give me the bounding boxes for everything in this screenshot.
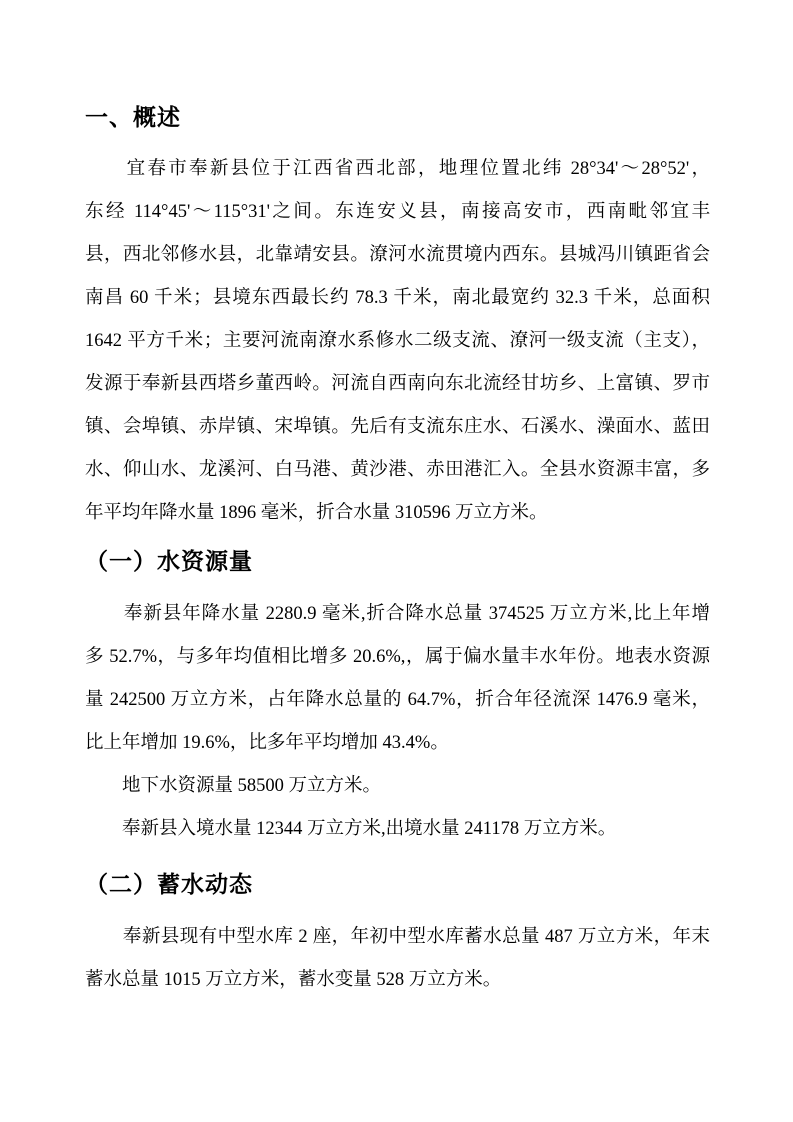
- text-line: 奉新县入境水量 12344 万立方米,出境水量 241178 万立方米。: [85, 808, 710, 851]
- paragraph-reservoir-storage: 奉新县现有中型水库 2 座，年初中型水库蓄水总量 487 万立方米，年末蓄水总量…: [85, 916, 710, 1002]
- text-line: 多 52.7%，与多年均值相比增多 20.6%,，属于偏水量丰水年份。地表水资源: [85, 636, 710, 679]
- text-line: 比上年增加 19.6%，比多年平均增加 43.4%。: [85, 722, 710, 765]
- text-line: 量 242500 万立方米，占年降水总量的 64.7%，折合年径流深 1476.…: [85, 679, 710, 722]
- text-line: 东经 114°45'～115°31'之间。东连安义县，南接高安市，西南毗邻宜丰: [85, 191, 710, 234]
- heading-overview: 一、概述: [85, 100, 710, 134]
- paragraph-precipitation-stats: 奉新县年降水量 2280.9 毫米,折合降水总量 374525 万立方米,比上年…: [85, 593, 710, 765]
- text-line: 水、仰山水、龙溪河、白马港、黄沙港、赤田港汇入。全县水资源丰富，多: [85, 449, 710, 492]
- text-line: 1642 平方千米；主要河流南潦水系修水二级支流、潦河一级支流（主支），: [85, 320, 710, 363]
- paragraph-overview: 宜春市奉新县位于江西省西北部，地理位置北纬 28°34'～28°52'，东经 1…: [85, 148, 710, 535]
- text-line: 宜春市奉新县位于江西省西北部，地理位置北纬 28°34'～28°52'，: [85, 148, 710, 191]
- text-line: 奉新县现有中型水库 2 座，年初中型水库蓄水总量 487 万立方米，年末: [85, 916, 710, 959]
- text-line: 蓄水总量 1015 万立方米，蓄水变量 528 万立方米。: [85, 959, 710, 1002]
- text-line: 年平均年降水量 1896 毫米，折合水量 310596 万立方米。: [85, 492, 710, 535]
- heading-storage-dynamics: （二）蓄水动态: [85, 867, 710, 901]
- text-line: 地下水资源量 58500 万立方米。: [85, 765, 710, 808]
- heading-water-resource-quantity: （一）水资源量: [85, 544, 710, 578]
- text-line: 镇、会埠镇、赤岸镇、宋埠镇。先后有支流东庄水、石溪水、澡面水、蓝田: [85, 406, 710, 449]
- text-line: 奉新县年降水量 2280.9 毫米,折合降水总量 374525 万立方米,比上年…: [85, 593, 710, 636]
- paragraph-groundwater: 地下水资源量 58500 万立方米。: [85, 765, 710, 808]
- paragraph-inflow-outflow: 奉新县入境水量 12344 万立方米,出境水量 241178 万立方米。: [85, 808, 710, 851]
- document-page: 一、概述 宜春市奉新县位于江西省西北部，地理位置北纬 28°34'～28°52'…: [0, 0, 793, 1122]
- text-line: 发源于奉新县西塔乡董西岭。河流自西南向东北流经甘坊乡、上富镇、罗市: [85, 363, 710, 406]
- text-line: 南昌 60 千米；县境东西最长约 78.3 千米，南北最宽约 32.3 千米，总…: [85, 277, 710, 320]
- text-line: 县，西北邻修水县，北靠靖安县。潦河水流贯境内西东。县城冯川镇距省会: [85, 234, 710, 277]
